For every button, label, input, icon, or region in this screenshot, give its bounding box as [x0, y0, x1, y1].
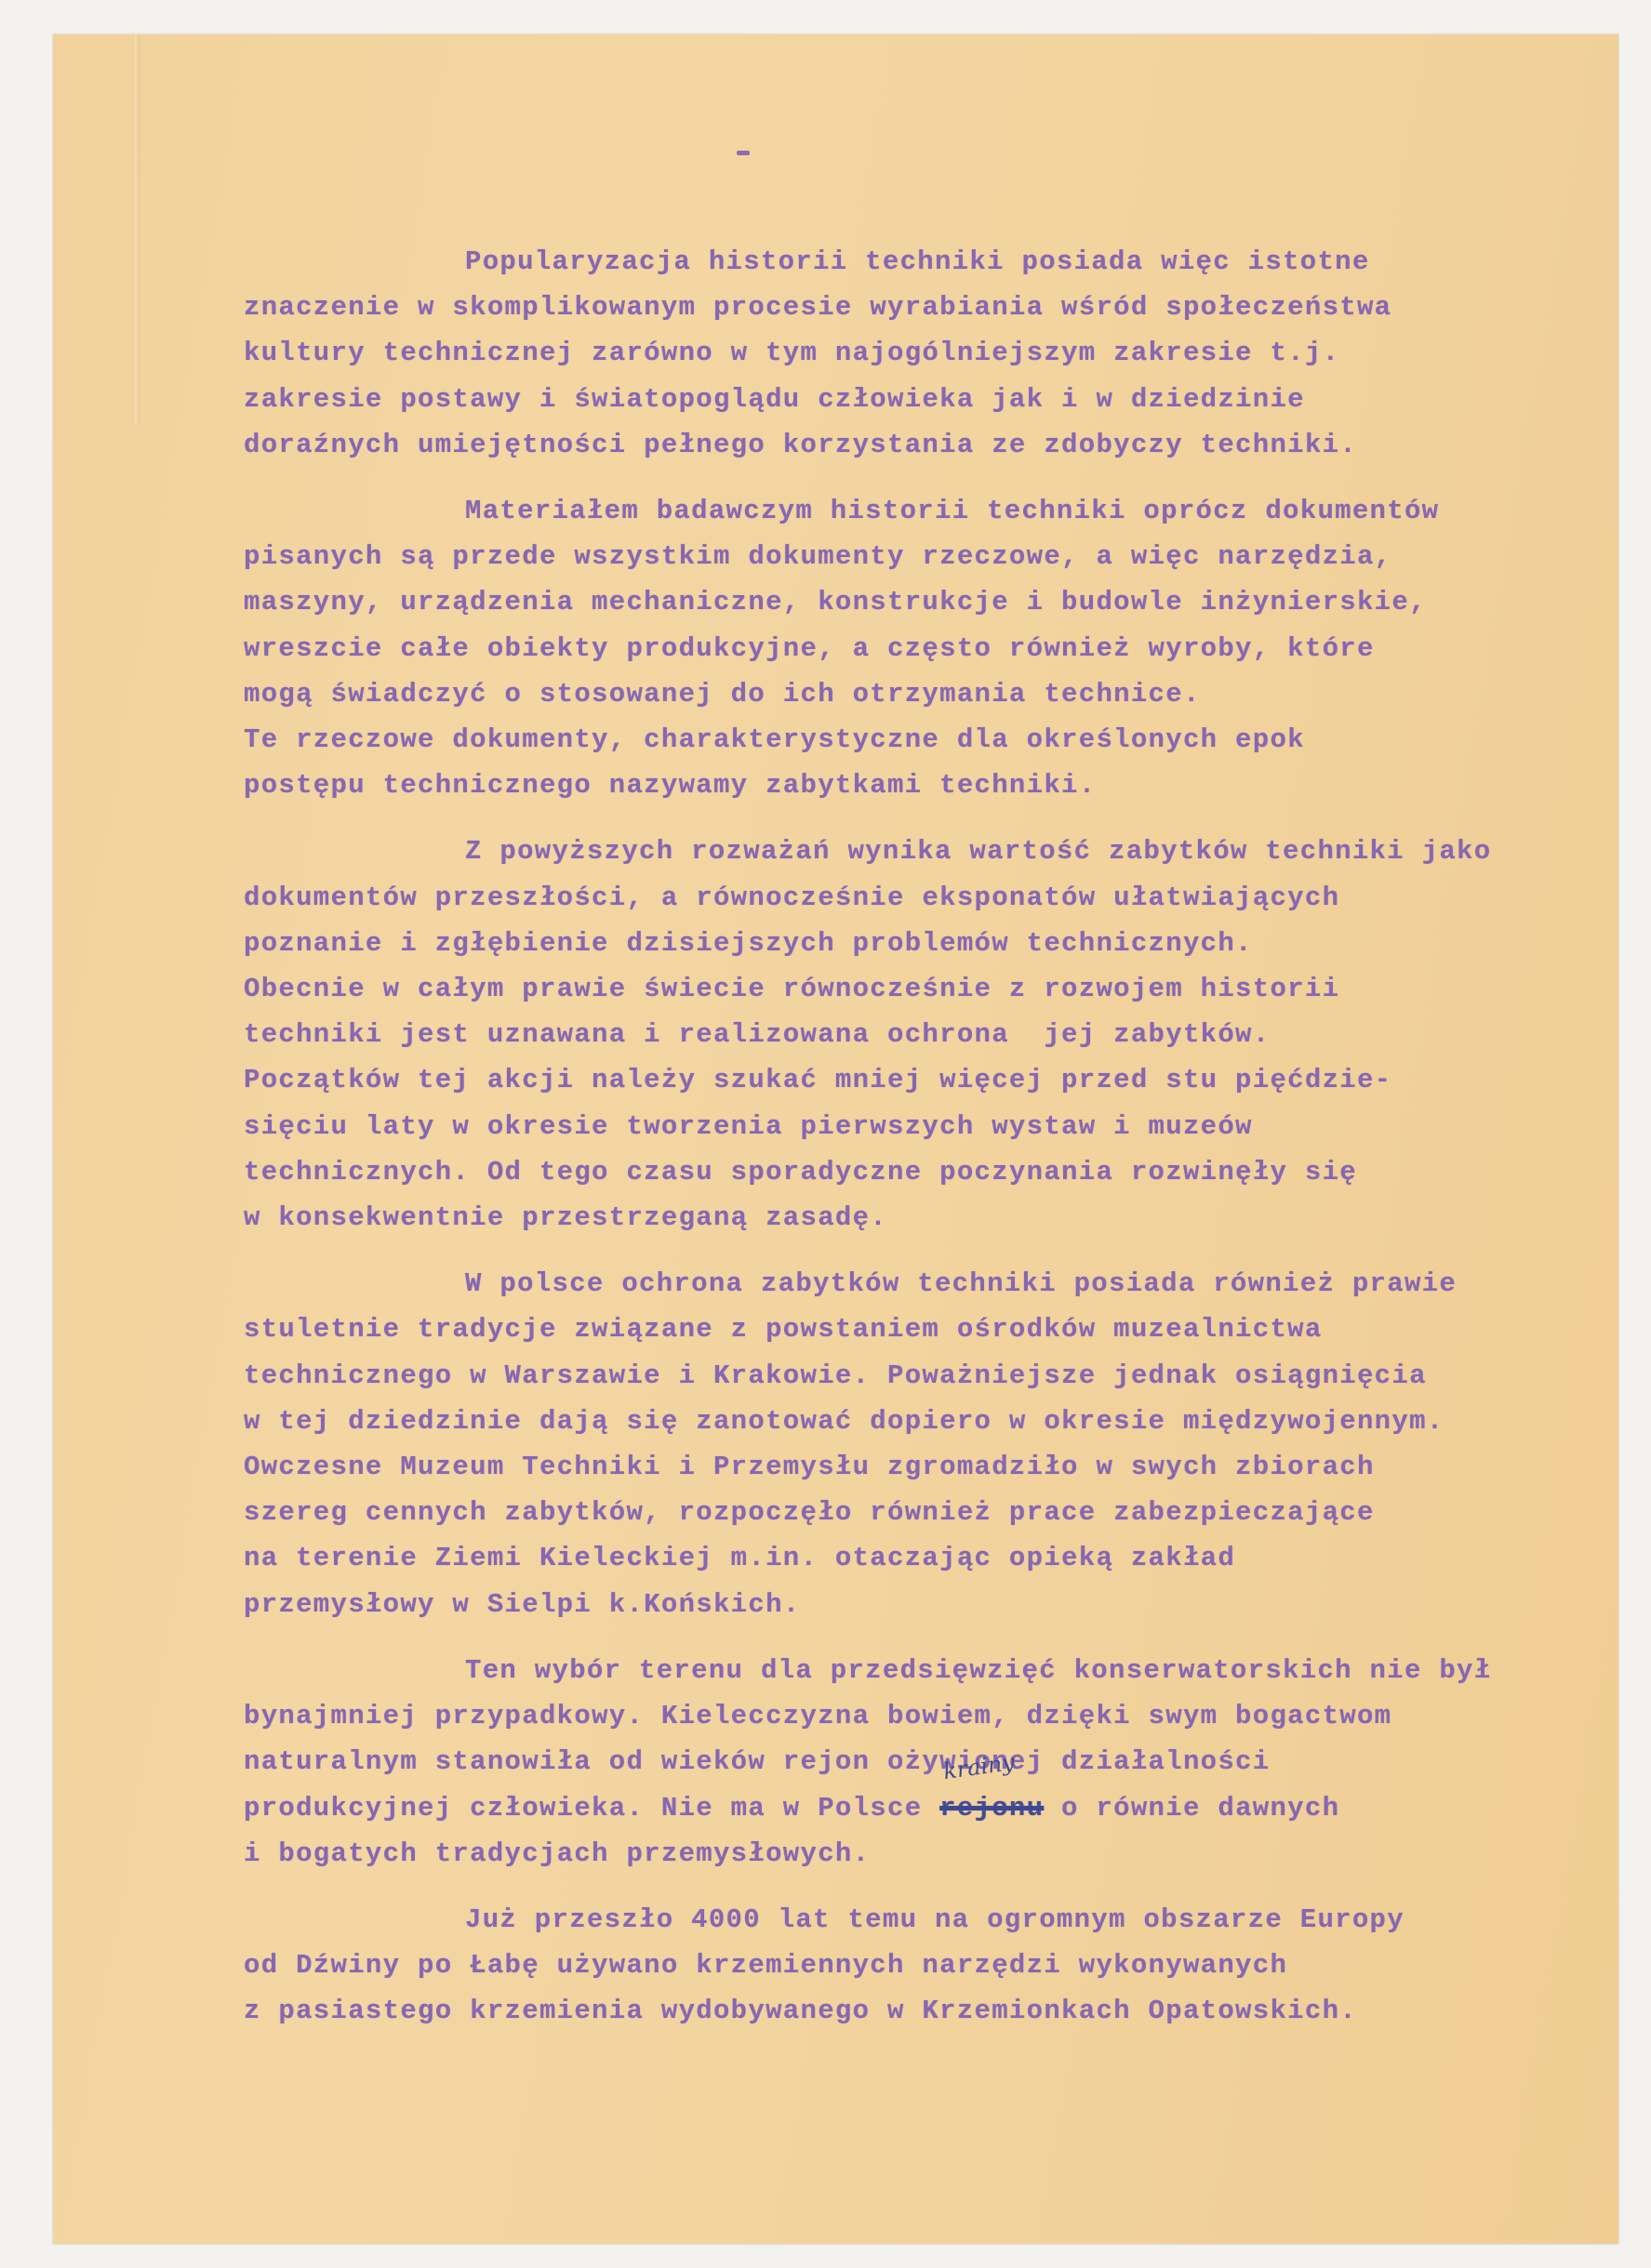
- text-line: postępu technicznego nazywamy zabytkami …: [244, 763, 1639, 808]
- handwritten-replacement: krainy: [940, 1739, 1018, 1794]
- text-line: z pasiastego krzemienia wydobywanego w K…: [244, 1988, 1639, 2034]
- text-line: stuletnie tradycje związane z powstaniem…: [244, 1306, 1639, 1352]
- text-line: Materiałem badawczym historii techniki o…: [244, 488, 1639, 534]
- text-line: Popularyzacja historii techniki posiada …: [244, 239, 1639, 285]
- text-line: doraźnych umiejętności pełnego korzystan…: [244, 422, 1639, 468]
- text-line: Owczesne Muzeum Techniki i Przemysłu zgr…: [244, 1444, 1639, 1490]
- text-line: dokumentów przeszłości, a równocześnie e…: [244, 875, 1639, 921]
- page-number-mark: [737, 151, 750, 155]
- text-line: wreszcie całe obiekty produkcyjne, a czę…: [244, 626, 1639, 671]
- text-line: pisanych są przede wszystkim dokumenty r…: [244, 534, 1639, 579]
- text-line: Te rzeczowe dokumenty, charakterystyczne…: [244, 717, 1639, 763]
- text-line: od Dźwiny po Łabę używano krzemiennych n…: [244, 1943, 1639, 1988]
- paragraph-6: Już przeszło 4000 lat temu na ogromnym o…: [244, 1897, 1639, 2035]
- typewritten-text: Popularyzacja historii techniki posiada …: [244, 239, 1639, 2055]
- text-line: W polsce ochrona zabytków techniki posia…: [244, 1261, 1639, 1306]
- document-page: Popularyzacja historii techniki posiada …: [53, 34, 1618, 2244]
- handwritten-correction: rejonukrainy: [939, 1785, 1044, 1831]
- text-line: Obecnie w całym prawie świecie równocześ…: [244, 966, 1639, 1012]
- text-line: w tej dziedzinie dają się zanotować dopi…: [244, 1399, 1639, 1444]
- text-line: na terenie Ziemi Kieleckiej m.in. otacza…: [244, 1535, 1639, 1581]
- paragraph-3: Z powyższych rozważań wynika wartość zab…: [244, 829, 1639, 1240]
- text-line: zakresie postawy i światopoglądu człowie…: [244, 377, 1639, 422]
- text-line: maszyny, urządzenia mechaniczne, konstru…: [244, 579, 1639, 625]
- paragraph-4: W polsce ochrona zabytków techniki posia…: [244, 1261, 1639, 1627]
- text-line: kultury technicznej zarówno w tym najogó…: [244, 330, 1639, 376]
- struck-out-word: rejonu: [939, 1793, 1044, 1824]
- paragraph-2: Materiałem badawczym historii techniki o…: [244, 488, 1639, 808]
- text-line: sięciu laty w okresie tworzenia pierwszy…: [244, 1104, 1639, 1149]
- text-line: technicznych. Od tego czasu sporadyczne …: [244, 1149, 1639, 1195]
- text-line: i bogatych tradycjach przemysłowych.: [244, 1831, 1639, 1877]
- text-line: technicznego w Warszawie i Krakowie. Pow…: [244, 1353, 1639, 1399]
- text-line: w konsekwentnie przestrzeganą zasadę.: [244, 1195, 1639, 1240]
- text-line: Z powyższych rozważań wynika wartość zab…: [244, 829, 1639, 874]
- paragraph-5: Ten wybór terenu dla przedsięwzięć konse…: [244, 1648, 1639, 1877]
- text-line: Początków tej akcji należy szukać mniej …: [244, 1057, 1639, 1103]
- text-line: znaczenie w skomplikowanym procesie wyra…: [244, 285, 1639, 330]
- text-line-with-correction: produkcyjnej człowieka. Nie ma w Polsce …: [244, 1785, 1639, 1831]
- text-line: przemysłowy w Sielpi k.Końskich.: [244, 1582, 1639, 1627]
- text-line: bynajmniej przypadkowy. Kielecczyzna bow…: [244, 1693, 1639, 1739]
- text-line: Ten wybór terenu dla przedsięwzięć konse…: [244, 1648, 1639, 1693]
- text-segment: produkcyjnej człowieka. Nie ma w Polsce: [244, 1793, 939, 1824]
- text-segment: o równie dawnych: [1044, 1793, 1339, 1824]
- text-line: mogą świadczyć o stosowanej do ich otrzy…: [244, 671, 1639, 717]
- text-line: techniki jest uznawana i realizowana och…: [244, 1012, 1639, 1057]
- text-line: poznanie i zgłębienie dzisiejszych probl…: [244, 921, 1639, 966]
- text-line: szereg cennych zabytków, rozpoczęło równ…: [244, 1490, 1639, 1535]
- text-line: Już przeszło 4000 lat temu na ogromnym o…: [244, 1897, 1639, 1943]
- paragraph-1: Popularyzacja historii techniki posiada …: [244, 239, 1639, 468]
